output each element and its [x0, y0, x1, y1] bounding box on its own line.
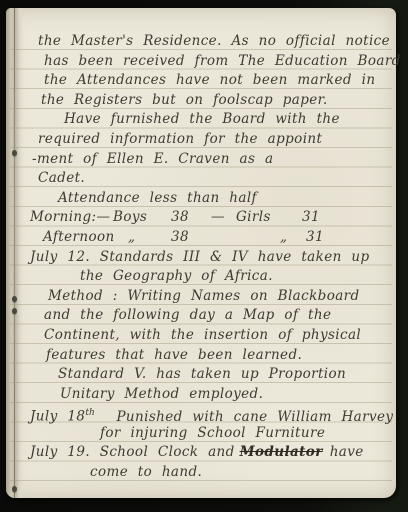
ditto-mark: „: [280, 228, 287, 248]
dash: —: [211, 208, 225, 228]
log-line: the Master's Residence. As no official n…: [30, 32, 390, 52]
log-line: the Geography of Africa.: [30, 267, 390, 287]
stitch-dot: [12, 486, 17, 492]
session-label: Morning:—: [30, 208, 110, 228]
boys-count: 38: [171, 208, 189, 228]
log-line: Continent, with the insertion of physica…: [30, 326, 390, 346]
ditto-mark: „: [128, 228, 135, 248]
entry-july-19: July 19. School Clock andModulatorhave: [30, 443, 390, 463]
group-label: Girls: [236, 208, 271, 228]
log-line: -ment of Ellen E. Craven as a: [30, 150, 390, 170]
girls-count: 31: [306, 228, 324, 248]
group-label: Boys: [113, 208, 147, 228]
log-line: Cadet.: [30, 169, 390, 189]
log-line: come to hand.: [30, 463, 390, 483]
log-line: Standard V. has taken up Proportion: [30, 365, 390, 385]
struck-word: Modulator: [240, 444, 323, 460]
boys-count: 38: [171, 228, 189, 248]
log-line: Method : Writing Names on Blackboard: [30, 287, 390, 307]
notebook-page: the Master's Residence. As no official n…: [6, 8, 396, 498]
entry-text: July 19. School Clock and: [30, 444, 235, 460]
logbook-photo: the Master's Residence. As no official n…: [0, 0, 408, 512]
date-ordinal: th: [85, 408, 94, 418]
entry-text: Punished with cane William Harvey: [116, 409, 393, 425]
log-line: required information for the appoint: [30, 130, 390, 150]
attendance-row-morning: Morning:— Boys 38 — Girls 31: [30, 208, 390, 228]
log-line: Unitary Method employed.: [30, 385, 390, 405]
log-line: features that have been learned.: [30, 346, 390, 366]
session-label: Afternoon: [43, 228, 115, 248]
log-line: has been received from The Education Boa…: [30, 52, 390, 72]
entry-july-18: July 18th Punished with cane William Har…: [30, 404, 390, 424]
log-line: Have furnished the Board with the: [30, 110, 390, 130]
log-line: the Registers but on foolscap paper.: [30, 91, 390, 111]
log-line: the Attendances have not been marked in: [30, 71, 390, 91]
entry-date: July 18: [30, 409, 85, 425]
log-line: and the following day a Map of the: [30, 306, 390, 326]
girls-count: 31: [302, 208, 320, 228]
attendance-row-afternoon: Afternoon „ 38 „ 31: [30, 228, 390, 248]
entry-text: have: [330, 444, 364, 460]
log-line: for injuring School Furniture: [30, 424, 390, 444]
attendance-heading: Attendance less than half: [30, 189, 390, 209]
entry-july-12: July 12. Standards III & IV have taken u…: [30, 248, 390, 268]
handwritten-text: the Master's Residence. As no official n…: [30, 32, 390, 483]
